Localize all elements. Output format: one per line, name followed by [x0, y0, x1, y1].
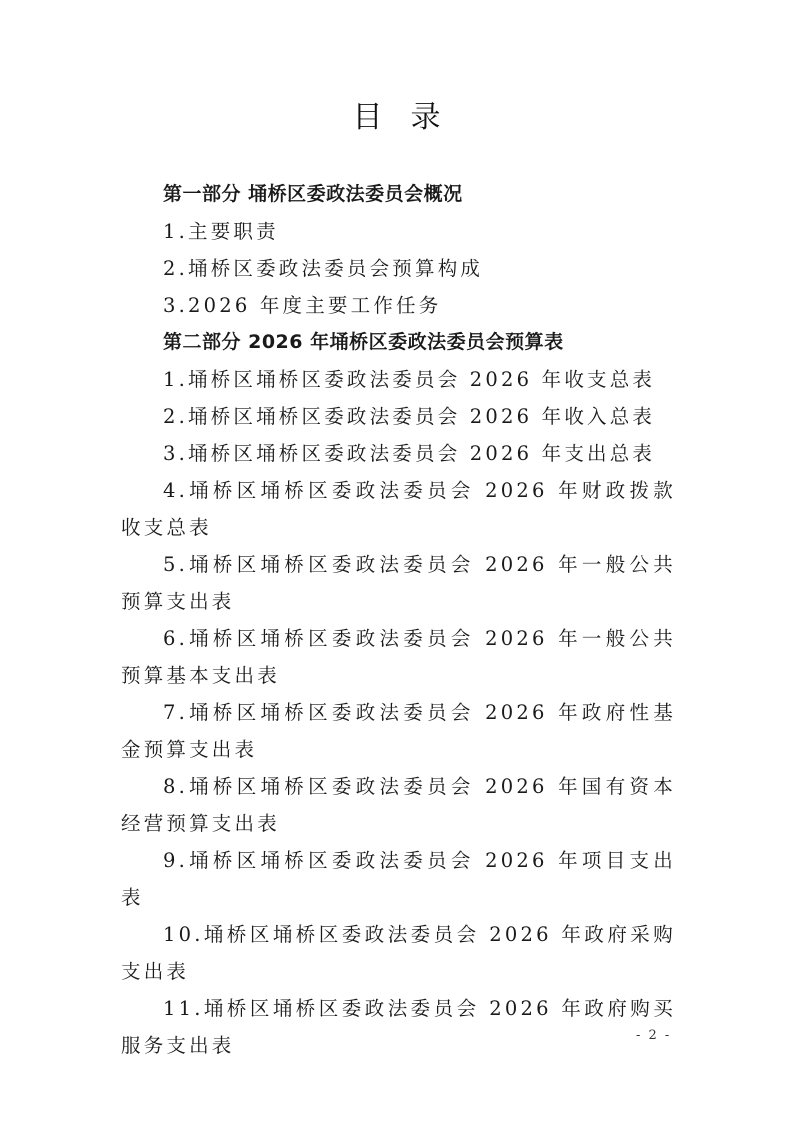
- page-title: 目录: [0, 98, 793, 138]
- toc-item: 10.埇桥区埇桥区委政法委员会 2026 年政府采购支出表: [121, 916, 676, 990]
- toc-item: 1.埇桥区埇桥区委政法委员会 2026 年收支总表: [121, 361, 676, 398]
- toc-item: 6.埇桥区埇桥区委政法委员会 2026 年一般公共预算基本支出表: [121, 620, 676, 694]
- toc-item: 1.主要职责: [121, 213, 676, 250]
- toc-item: 7.埇桥区埇桥区委政法委员会 2026 年政府性基金预算支出表: [121, 694, 676, 768]
- toc-item: 9.埇桥区埇桥区委政法委员会 2026 年项目支出表: [121, 842, 676, 916]
- page-number: - 2 -: [636, 1028, 671, 1043]
- toc-item: 4.埇桥区埇桥区委政法委员会 2026 年财政拨款收支总表: [121, 472, 676, 546]
- table-of-contents: 第一部分 埇桥区委政法委员会概况 1.主要职责 2.埇桥区委政法委员会预算构成 …: [121, 176, 676, 1064]
- toc-item: 2.埇桥区埇桥区委政法委员会 2026 年收入总表: [121, 398, 676, 435]
- toc-part-2: 第二部分 2026 年埇桥区委政法委员会预算表: [121, 324, 676, 361]
- toc-part-1: 第一部分 埇桥区委政法委员会概况: [121, 176, 676, 213]
- toc-item: 2.埇桥区委政法委员会预算构成: [121, 250, 676, 287]
- toc-item: 3.埇桥区埇桥区委政法委员会 2026 年支出总表: [121, 435, 676, 472]
- toc-item: 5.埇桥区埇桥区委政法委员会 2026 年一般公共预算支出表: [121, 546, 676, 620]
- toc-item: 8.埇桥区埇桥区委政法委员会 2026 年国有资本经营预算支出表: [121, 768, 676, 842]
- toc-item: 11.埇桥区埇桥区委政法委员会 2026 年政府购买服务支出表: [121, 990, 676, 1064]
- toc-item: 3.2026 年度主要工作任务: [121, 287, 676, 324]
